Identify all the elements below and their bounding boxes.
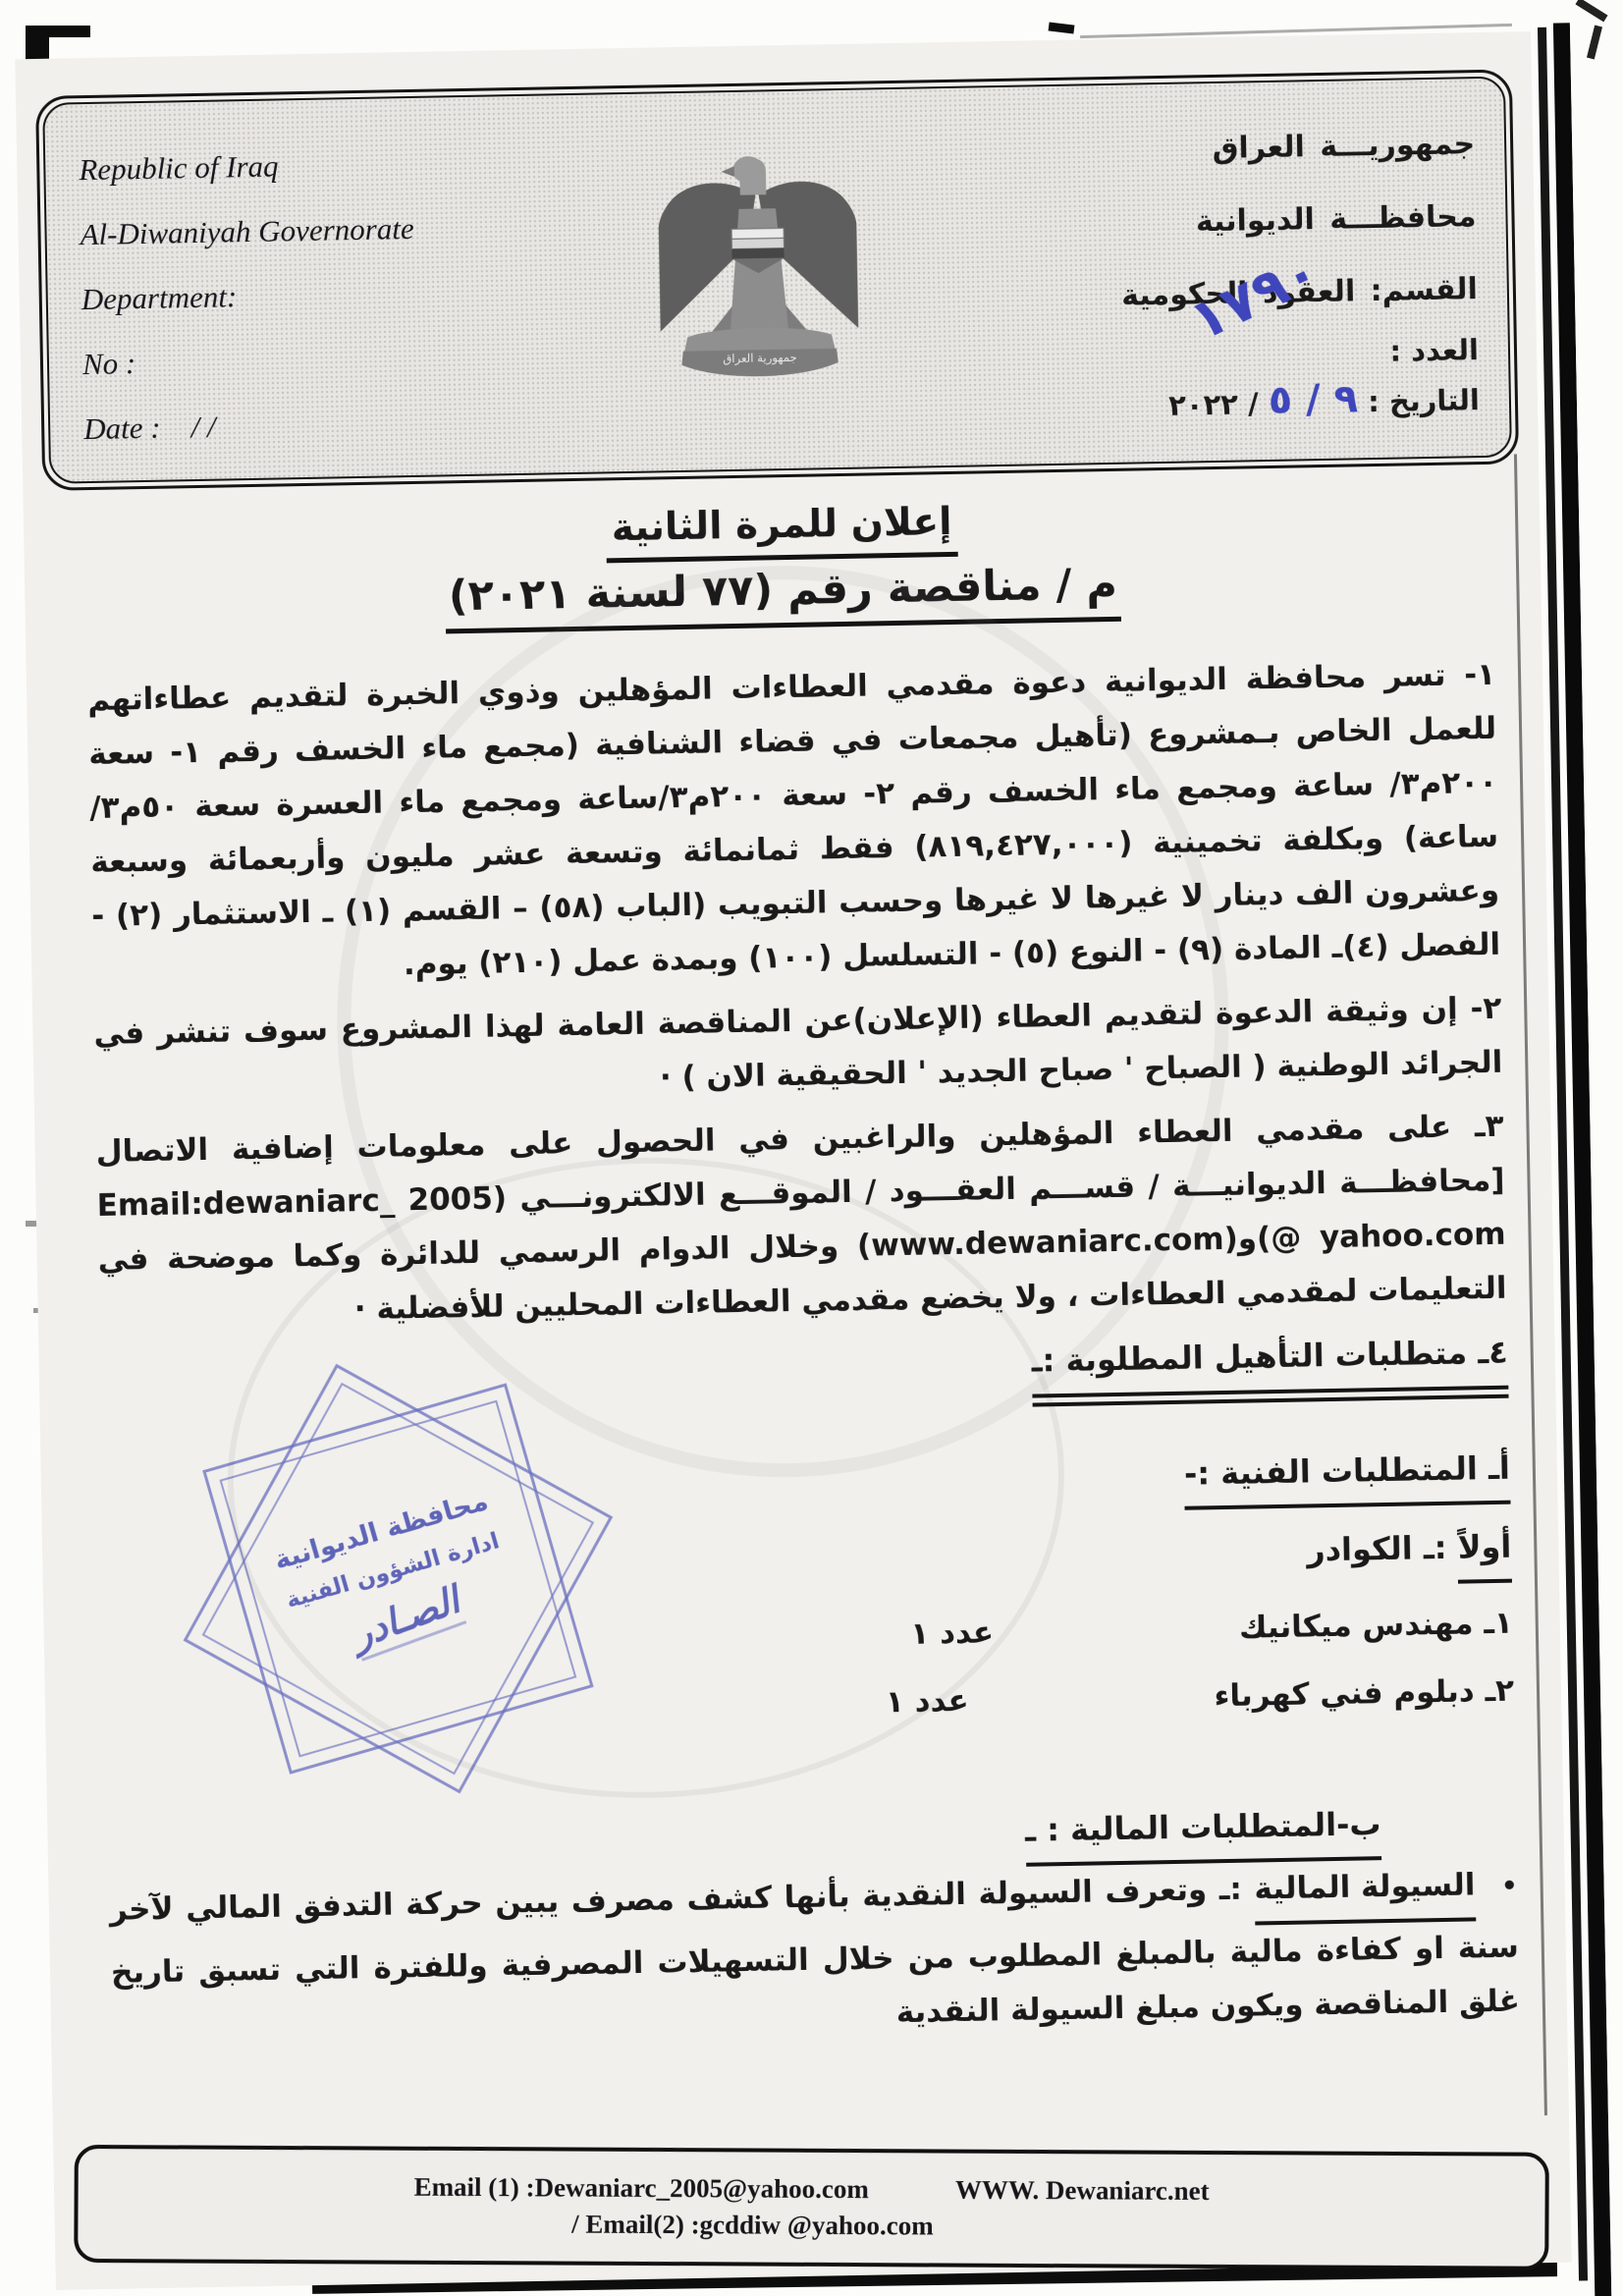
department-label-en: Department: [81, 258, 570, 332]
page-frame-line [1514, 454, 1547, 2115]
date-label-en: Date : / / [83, 388, 573, 462]
document-body: ١- تسر محافظة الديوانية دعوة مقدمي العطا… [87, 648, 1521, 2054]
letterhead-box: Republic of Iraq Al-Diwaniyah Governorat… [35, 69, 1519, 490]
scan-edge-mark [1587, 26, 1602, 60]
country-name-ar: جمهوريـــة العراق [944, 108, 1476, 191]
emblem-caption: جمهورية العراق [723, 351, 797, 366]
paragraph-2-publication: ٢- إن وثيقة الدعوة لتقديم العطاء (الإعلا… [93, 982, 1503, 1116]
date-slashes: / / [190, 410, 216, 444]
liquidity-paragraph: • السيولة المالية :ـ وتعرف السيولة النقد… [109, 1858, 1520, 2054]
country-name-en: Republic of Iraq [79, 129, 568, 202]
paragraph-1-invitation: ١- تسر محافظة الديوانية دعوة مقدمي العطا… [87, 648, 1501, 998]
governorate-name-ar: محافظـــة الديوانية [946, 181, 1478, 263]
letterhead-english-block: Republic of Iraq Al-Diwaniyah Governorat… [79, 121, 573, 462]
firstly-label: أولاً [1457, 1520, 1512, 1584]
footer-email-1: Email (1) :Dewaniarc_2005@yahoo.com [414, 2172, 869, 2205]
cadres-title: الكوادر [1307, 1530, 1413, 1569]
document-date-row: التاريخ : ٩ / ٥ / ٢٠٢٢ [948, 373, 1480, 433]
date-label-ar: التاريخ : [1368, 383, 1480, 418]
bullet-icon: • [1488, 1872, 1518, 1902]
iraq-coat-of-arms-icon: جمهورية العراق [632, 115, 883, 414]
paragraph-3-contact: ٣ـ على مقدمي العطاء المؤهلين والراغبين ف… [95, 1100, 1507, 1341]
staff-item-label: ٢ـ دبلوم فني كهرباء [1214, 1665, 1514, 1724]
scan-edge-mark [1049, 22, 1075, 33]
scan-edge-mark [26, 26, 90, 37]
number-label-en: No : [81, 323, 571, 397]
governorate-name-en: Al-Diwaniyah Governorate [80, 193, 569, 267]
scan-edge-mark [1575, 0, 1607, 22]
staff-item-count: عدد ١ [910, 1606, 995, 1662]
printed-date-year: / ٢٠٢٢ [1168, 387, 1259, 422]
number-label-ar: العدد : [1389, 333, 1479, 368]
footer-email-2: / Email(2) :gcddiw @yahoo.com [571, 2210, 934, 2241]
liquidity-label: السيولة المالية [1254, 1858, 1476, 1925]
letterhead-arabic-block: جمهوريـــة العراق محافظـــة الديوانية ال… [944, 104, 1480, 446]
scanned-document-page: Republic of Iraq Al-Diwaniyah Governorat… [15, 31, 1571, 2290]
staff-item-label: ١ـ مهندس ميكانيك [1239, 1597, 1514, 1656]
title-line-announcement: إعلان للمرة الثانية [605, 500, 958, 564]
footer-website: WWW. Dewaniarc.net [955, 2175, 1210, 2207]
footer-contact-box: Email (1) :Dewaniarc_2005@yahoo.com WWW.… [74, 2145, 1549, 2270]
staff-item-count: عدد ١ [885, 1674, 969, 1730]
handwritten-date: ٩ / ٥ [1268, 376, 1358, 423]
